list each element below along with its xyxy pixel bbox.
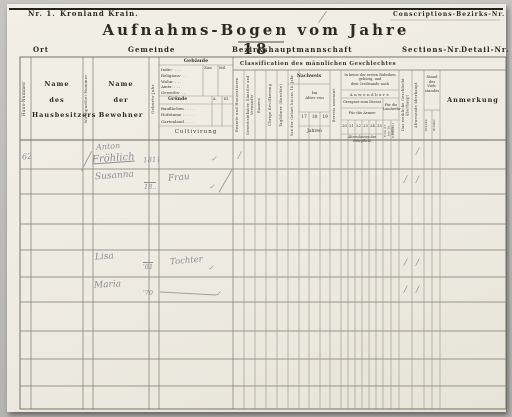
col-geburtsjahr: Geburts-Jahr — [150, 62, 158, 136]
hw-row6-year: '70 — [143, 289, 153, 297]
col-hausbesitzer: Name des Hausbesitzers — [32, 77, 82, 124]
nachweis-side-label: Von der Geburt bis ins 16. Jahr — [290, 72, 298, 138]
armee-year-23: 23 — [362, 124, 369, 129]
armee-year-24: 24 — [369, 124, 376, 129]
tally-mark: ∕ — [416, 147, 419, 157]
tally-mark: ∕ — [404, 175, 407, 185]
gebaeude-zins-head: Zins — [204, 66, 212, 70]
classification-title: Classification des männlichen Geschlecht… — [233, 61, 403, 68]
col-bewohner: Name der Bewohner — [94, 77, 148, 124]
checkmark-annotation: ✓ — [211, 155, 217, 163]
rubrik-band2: Geeignet zum Dienst — [341, 100, 383, 104]
tally-mark: ∕ — [416, 175, 419, 185]
hw-row5-name: Lisa — [95, 251, 114, 262]
tally-mark: ∕ — [416, 285, 419, 295]
conscription-district-label: Conscriptions-Bezirks-Nr. — [393, 11, 505, 19]
landwehr-label: Für die Landwehr — [383, 103, 399, 112]
class-col-bauern: Bauern — [257, 73, 265, 137]
tally-mark: ∕ — [238, 151, 241, 161]
armee-label: Für die Armee — [341, 111, 383, 116]
hw-row5-year: '61 — [143, 262, 153, 271]
gruende-col-kl: Kl. — [224, 97, 229, 101]
scanned-census-sheet: Nr. 1. Kronland Krain. Conscriptions-Bez… — [0, 0, 512, 417]
nachweis-year-19: 19 — [320, 115, 330, 121]
cultivirung-label: Cultivirung — [159, 129, 233, 136]
col-rinder: Rinder — [433, 112, 439, 138]
armee-year-25: 25 — [376, 124, 383, 129]
armee-year-20: 20 — [341, 124, 348, 129]
hw-row6-name: Maria — [94, 279, 122, 290]
hw-row2-year: 18.. — [144, 182, 156, 191]
title-underline — [238, 41, 284, 43]
viehstand-title: Stand des Vieh- standes — [424, 75, 440, 94]
hw-house-number: 62 — [22, 152, 33, 162]
tally-mark: ∕ — [404, 285, 407, 295]
landwehr-sub1: Vom 27. bis 36. Jahre — [384, 121, 390, 139]
rubrik-title: In keine der ersten Rubriken gehörig, un… — [341, 73, 399, 86]
col-pferde: Pferde — [425, 112, 431, 138]
detail-nr-label: Detail-Nr. — [461, 46, 509, 55]
gruende-rows: Bauflächen . . . . Hofräume . . . . . Ga… — [161, 106, 194, 125]
kronland-label: Kronland Krain. — [60, 10, 139, 19]
nachweis-sub: Im Alter von — [299, 90, 330, 100]
col-weiblich: Das weibliche Geschlecht überhaupt — [401, 72, 410, 138]
assentirt-col: Bereits assentirt — [332, 73, 340, 137]
nachweis-footer: Jahren — [299, 129, 330, 135]
gebaeude-title: Gebäude — [159, 58, 233, 64]
sections-nr-label: Sections-Nr. — [402, 46, 462, 55]
gruende-col-a: A. — [213, 97, 217, 101]
armee-year-21: 21 — [348, 124, 355, 129]
class-col-tagloehner: Taglöhner (Knechte) — [279, 73, 287, 137]
checkmark-annotation: ✓ — [215, 290, 221, 298]
nachweis-year-17: 17 — [299, 115, 309, 121]
hw-row2-note: Frau — [168, 172, 191, 184]
col-haus-nummer: Haus-Nummer — [21, 62, 30, 136]
rubrik-band: Anwendbare — [341, 92, 399, 97]
tally-mark: ∕ — [416, 258, 419, 268]
gemeinde-label: Gemeinde — [128, 46, 175, 55]
armee-footer: Altersclassen der Wehrpflicht — [341, 135, 383, 143]
class-col-gewerbe: Gewerbsinhaber, Künstler und Verwandte — [246, 73, 254, 137]
anmerkung-label: Anmerkung — [440, 96, 506, 104]
armee-year-22: 22 — [355, 124, 362, 129]
nachweis-year-18: 18 — [309, 115, 320, 121]
tally-mark: ∕ — [404, 258, 407, 268]
bezirkshauptmannschaft-label: Bezirkshauptmannschaft — [232, 46, 353, 55]
hw-row1-year: 1811 — [143, 156, 161, 165]
checkmark-annotation: ✓ — [209, 183, 215, 191]
nachweis-title: Nachweis — [288, 74, 330, 80]
col-wohnpartei-nummer: Wohnparthei-Nummer — [84, 62, 92, 136]
ort-label: Ort — [33, 46, 49, 55]
hw-row1-firstname: Anton — [96, 141, 121, 152]
col-abwesend: Abwesende überhaupt — [414, 72, 422, 138]
sheet-number: Nr. 1. — [28, 10, 56, 19]
landwehr-sub2: Urlauber — [392, 121, 398, 139]
class-col-uebrige: Übrige Bevölkerung — [268, 73, 276, 137]
gebaeude-mil-head: Mil. — [219, 66, 226, 70]
gebaeude-rows: Indiv.- . . . Religions- . . Wohn- . . .… — [161, 67, 186, 96]
checkmark-annotation: ✓ — [208, 264, 214, 272]
class-col-beamte: Beamte und Honoratioren — [235, 73, 243, 137]
gruende-title: Gründe — [168, 97, 187, 103]
